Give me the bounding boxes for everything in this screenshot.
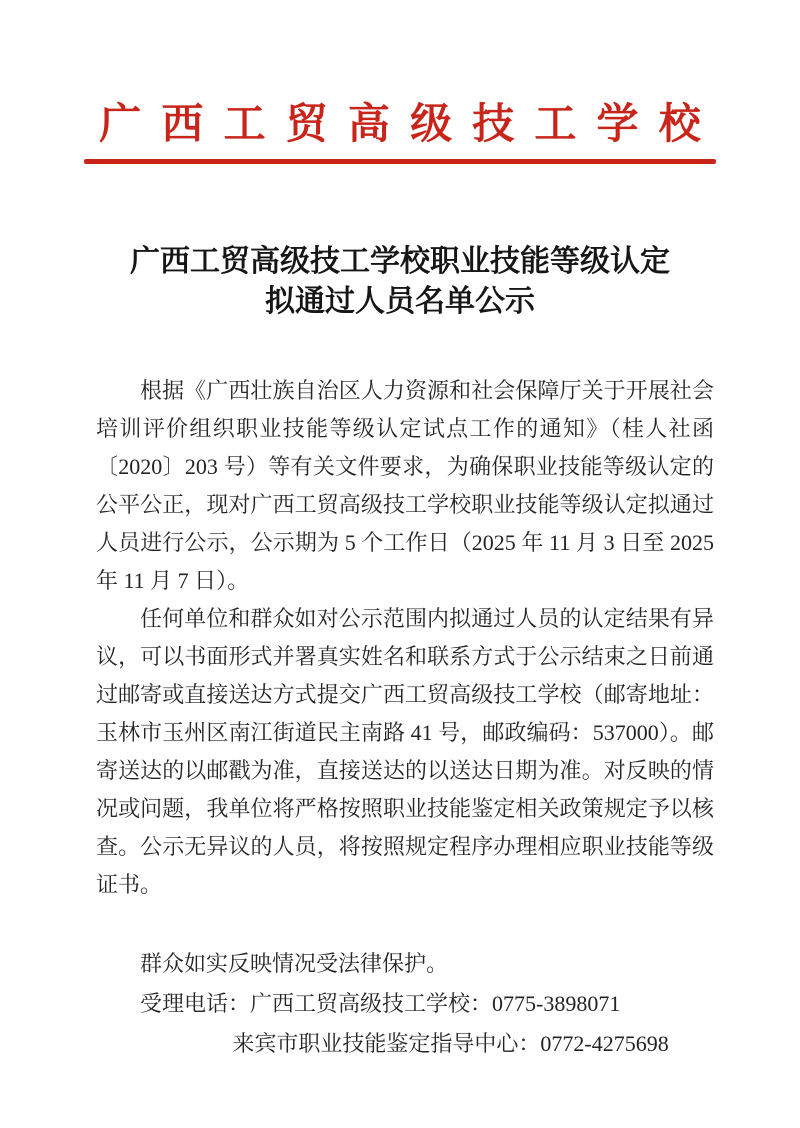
document-title-line1: 广西工贸高级技工学校职业技能等级认定: [0, 242, 800, 282]
footer-block: 群众如实反映情况受法律保护。 受理电话：广西工贸高级技工学校：0775-3898…: [96, 944, 714, 1064]
document-page: 广西工贸高级技工学校 广西工贸高级技工学校职业技能等级认定 拟通过人员名单公示 …: [0, 0, 800, 1128]
footer-phone-center: 来宾市职业技能鉴定指导中心：0772-4275698: [96, 1024, 714, 1064]
document-title: 广西工贸高级技工学校职业技能等级认定 拟通过人员名单公示: [0, 242, 800, 322]
footer-legal-notice: 群众如实反映情况受法律保护。: [96, 944, 714, 984]
footer-phone-school: 受理电话：广西工贸高级技工学校：0775-3898071: [96, 984, 714, 1024]
body-paragraph-2: 任何单位和群众如对公示范围内拟通过人员的认定结果有异议，可以书面形式并署真实姓名…: [96, 600, 714, 904]
letterhead: 广西工贸高级技工学校: [62, 98, 738, 164]
letterhead-divider: [84, 159, 716, 164]
school-name: 广西工贸高级技工学校: [62, 98, 738, 153]
body-paragraph-1: 根据《广西壮族自治区人力资源和社会保障厅关于开展社会培训评价组织职业技能等级认定…: [96, 372, 714, 600]
document-body: 根据《广西壮族自治区人力资源和社会保障厅关于开展社会培训评价组织职业技能等级认定…: [96, 372, 714, 904]
document-title-line2: 拟通过人员名单公示: [0, 282, 800, 322]
